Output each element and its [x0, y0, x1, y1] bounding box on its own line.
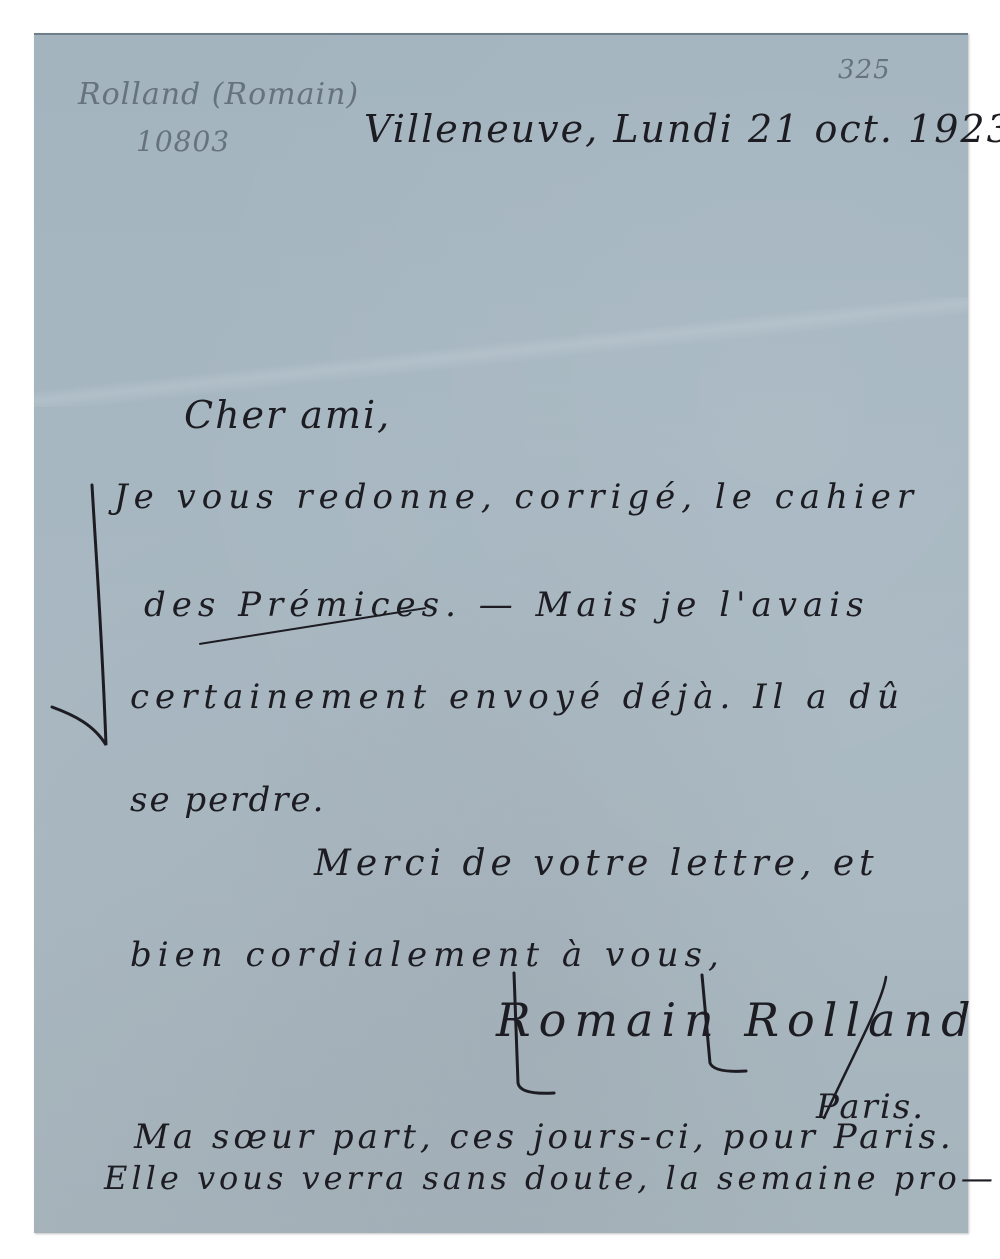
- archival-reference-number: 10803: [136, 125, 230, 158]
- letter-body-line-2: des Prémices. — Mais je l'avais: [144, 585, 870, 625]
- letter-body-line-3: certainement envoyé déjà. Il a dû: [130, 677, 905, 717]
- paper-fold-crease: [34, 297, 968, 407]
- letter-postscript-line-2: Elle vous verra sans doute, la semaine p…: [104, 1159, 997, 1197]
- letter-paper: Rolland (Romain) 10803 325 Villeneuve, L…: [34, 33, 968, 1233]
- letter-postscript-line-1: Ma sœur part, ces jours-ci, pour Paris.: [134, 1117, 955, 1157]
- archival-price: 325: [838, 55, 891, 85]
- letter-body-line-1: Je vous redonne, corrigé, le cahier: [114, 477, 919, 517]
- letter-closing-line-2: bien cordialement à vous,: [130, 935, 725, 975]
- letter-closing-line-1: Merci de votre lettre, et: [314, 843, 879, 884]
- letter-salutation: Cher ami,: [184, 393, 391, 437]
- letter-place-date: Villeneuve, Lundi 21 oct. 1923: [364, 107, 1000, 151]
- letter-body-line-4: se perdre.: [130, 780, 325, 820]
- margin-flourish: [44, 475, 154, 765]
- archival-author-note: Rolland (Romain): [78, 77, 359, 112]
- letter-signature: Romain Rolland: [496, 993, 979, 1047]
